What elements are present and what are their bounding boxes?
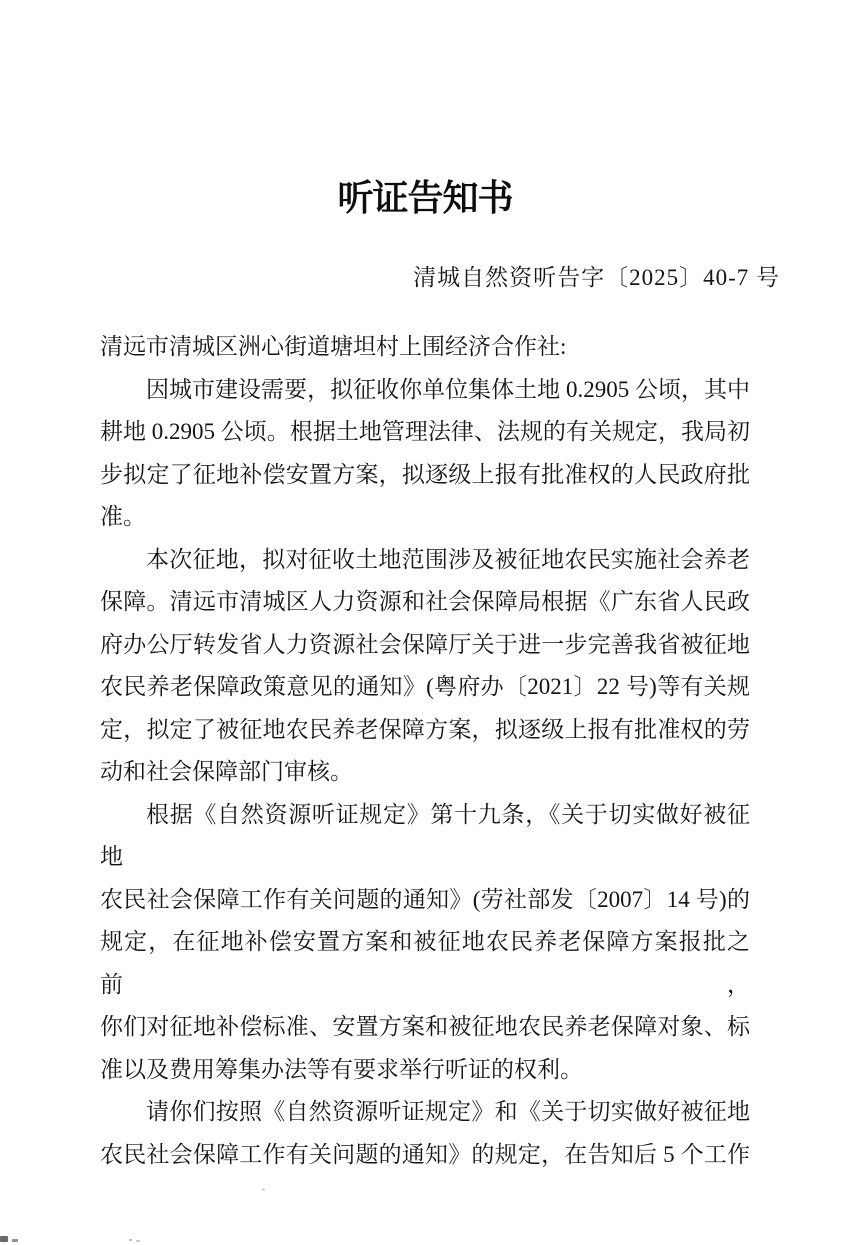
body-line: 动和社会保障部门审核。: [100, 751, 750, 794]
addressee-line: 清远市清城区洲心街道塘坦村上围经济合作社:: [100, 326, 750, 369]
body-line: 本次征地，拟对征收土地范围涉及被征地农民实施社会养老: [100, 539, 750, 582]
scan-speck: [136, 1240, 140, 1242]
body-line: 根据《自然资源听证规定》第十九条，《关于切实做好被征地: [100, 794, 750, 879]
body-line: 农民社会保障工作有关问题的通知》(劳社部发〔2007〕14 号)的: [100, 879, 750, 922]
body-line: 府办公厅转发省人力资源社会保障厅关于进一步完善我省被征地: [100, 624, 750, 667]
body-line: 保障。清远市清城区人力资源和社会保障局根据《广东省人民政: [100, 581, 750, 624]
body-line: 准。: [100, 496, 750, 539]
body-line: 定，拟定了被征地农民养老保障方案，拟逐级上报有批准权的劳: [100, 709, 750, 752]
document-body: 清远市清城区洲心街道塘坦村上围经济合作社: 因城市建设需要，拟征收你单位集体土地…: [100, 326, 750, 1176]
document-title: 听证告知书: [0, 178, 850, 218]
body-line: 农民社会保障工作有关问题的通知》的规定，在告知后 5 个工作: [100, 1134, 750, 1177]
scan-speck: [129, 1239, 132, 1241]
body-line: 步拟定了征地补偿安置方案，拟逐级上报有批准权的人民政府批: [100, 454, 750, 497]
body-line: 农民养老保障政策意见的通知》(粤府办〔2021〕22 号)等有关规: [100, 666, 750, 709]
body-line: 规定，在征地补偿安置方案和被征地农民养老保障方案报批之前，: [100, 921, 750, 1006]
body-line: 耕地 0.2905 公顷。根据土地管理法律、法规的有关规定，我局初: [100, 411, 750, 454]
document-number: 清城自然资听告字〔2025〕40-7 号: [0, 263, 850, 293]
scan-speck: [0, 1236, 8, 1242]
scan-speck: [262, 1188, 265, 1191]
scan-speck: [12, 1239, 18, 1242]
document-page: 听证告知书 清城自然资听告字〔2025〕40-7 号 清远市清城区洲心街道塘坦村…: [0, 0, 850, 1245]
body-line: 你们对征地补偿标准、安置方案和被征地农民养老保障对象、标: [100, 1006, 750, 1049]
body-line: 准以及费用筹集办法等有要求举行听证的权利。: [100, 1049, 750, 1092]
body-line: 因城市建设需要，拟征收你单位集体土地 0.2905 公顷，其中: [100, 369, 750, 412]
body-line: 请你们按照《自然资源听证规定》和《关于切实做好被征地: [100, 1091, 750, 1134]
